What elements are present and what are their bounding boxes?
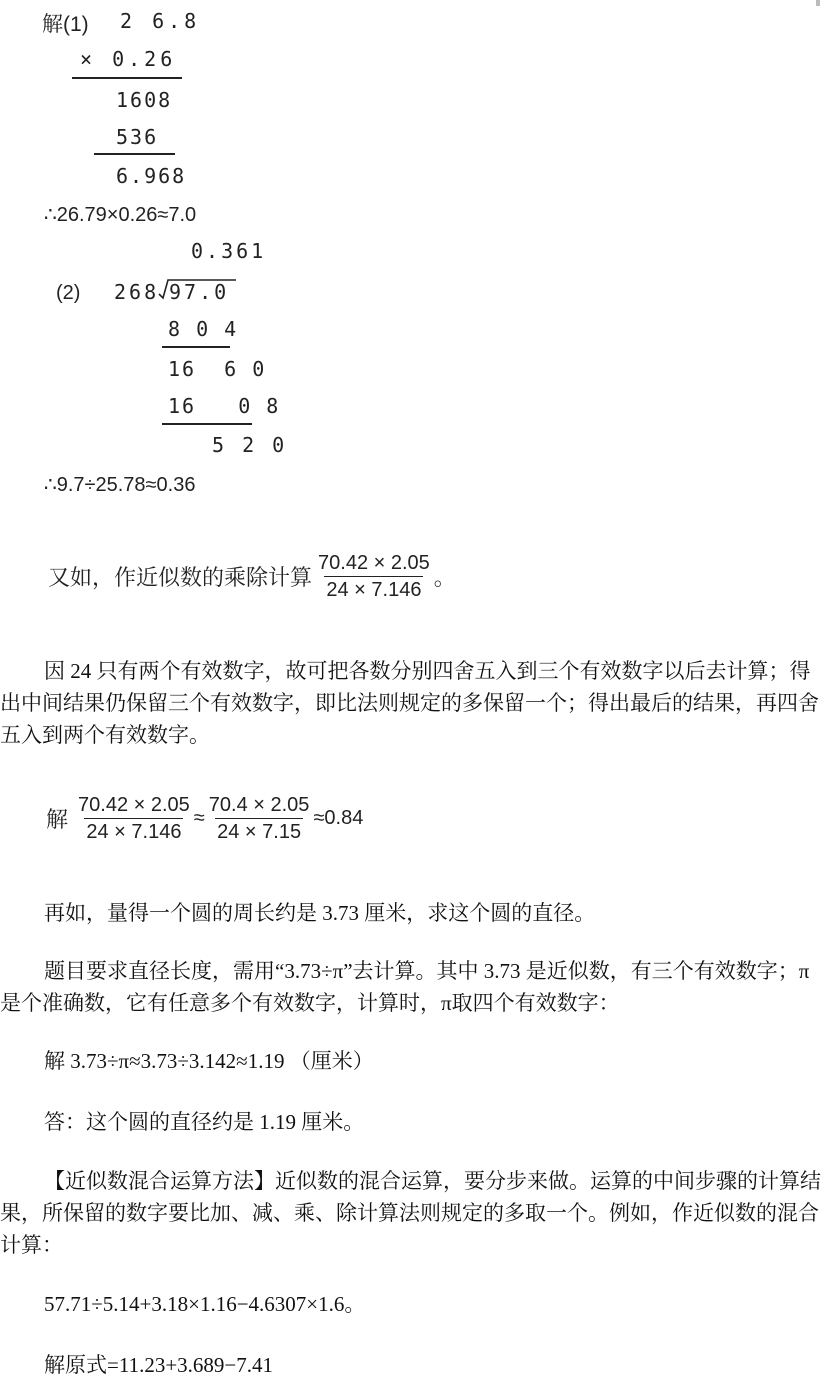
example-2-end: 。 bbox=[434, 561, 456, 592]
problem-1-label: 解(1) bbox=[42, 8, 89, 38]
divisor: 268 bbox=[114, 280, 159, 304]
example-2-text: 又如，作近似数的乘除计算 bbox=[48, 561, 312, 592]
example-2-fraction: 70.42 × 2.05 24 × 7.146 bbox=[316, 550, 432, 603]
solution-2-fraction-1: 70.42 × 2.05 24 × 7.146 bbox=[76, 792, 192, 845]
division-step-2: 16 6 0 bbox=[168, 357, 266, 381]
fraction-2-numerator: 70.4 × 2.05 bbox=[207, 792, 312, 818]
solution-2-fraction-2: 70.4 × 2.05 24 × 7.15 bbox=[207, 792, 312, 845]
multiplication-rule-1 bbox=[72, 77, 182, 79]
paragraph-mixed-operations: 【近似数混合运算方法】近似数的混合运算，要分步来做。运算的中间步骤的计算结果，所… bbox=[0, 1165, 830, 1261]
paragraph-circle-explanation: 题目要求直径长度，需用“3.73÷π”去计算。其中 3.73 是近似数，有三个有… bbox=[0, 955, 830, 1019]
problem-2-label: (2) bbox=[56, 282, 80, 305]
mixed-expression: 57.71÷5.14+3.18×1.16−4.6307×1.6。 bbox=[44, 1288, 365, 1320]
solution-2-label: 解 bbox=[46, 803, 68, 834]
quotient: 0.361 bbox=[191, 239, 266, 263]
division-rule-2 bbox=[162, 423, 252, 425]
fraction-numerator: 70.42 × 2.05 bbox=[316, 550, 432, 576]
division-step-3: 16 0 8 bbox=[168, 394, 280, 418]
multiplier: × 0.26 bbox=[80, 47, 176, 71]
multiplication-rule-2 bbox=[94, 153, 175, 155]
solution-4: 解原式=11.23+3.689−7.41 bbox=[44, 1349, 273, 1381]
example-2-intro: 又如，作近似数的乘除计算 70.42 × 2.05 24 × 7.146 。 bbox=[48, 550, 456, 603]
page-corner-mark bbox=[816, 0, 820, 6]
solution-3: 解 3.73÷π≈3.73÷3.142≈1.19 （厘米） bbox=[44, 1045, 374, 1077]
problem-1-conclusion: ∴26.79×0.26≈7.0 bbox=[44, 202, 196, 227]
fraction-1-numerator: 70.42 × 2.05 bbox=[76, 792, 192, 818]
solution-2-result: ≈0.84 bbox=[313, 807, 363, 830]
product: 6.968 bbox=[116, 164, 186, 188]
division-step-1: 8 0 4 bbox=[168, 317, 238, 341]
approx-sign: ≈ bbox=[194, 807, 205, 830]
solution-2: 解 70.42 × 2.05 24 × 7.146 ≈ 70.4 × 2.05 … bbox=[46, 792, 363, 845]
partial-product-1: 1608 bbox=[116, 88, 172, 112]
problem-2-conclusion: ∴9.7÷25.78≈0.36 bbox=[44, 472, 195, 497]
paragraph-significant-figures: 因 24 只有两个有效数字，故可把各数分别四舍五入到三个有效数字以后去计算；得出… bbox=[0, 655, 830, 751]
paragraph-circle-question: 再如，量得一个圆的周长约是 3.73 厘米，求这个圆的直径。 bbox=[44, 897, 595, 929]
dividend: 97.0 bbox=[169, 280, 229, 304]
fraction-denominator: 24 × 7.146 bbox=[324, 576, 423, 603]
fraction-1-denominator: 24 × 7.146 bbox=[84, 818, 183, 845]
multiplicand: 2 6.8 bbox=[120, 9, 200, 33]
fraction-2-denominator: 24 × 7.15 bbox=[215, 818, 303, 845]
division-rule-1 bbox=[162, 346, 230, 348]
remainder: 5 2 0 bbox=[212, 433, 287, 457]
partial-product-2: 536 bbox=[116, 125, 158, 149]
answer-3: 答：这个圆的直径约是 1.19 厘米。 bbox=[44, 1106, 364, 1138]
